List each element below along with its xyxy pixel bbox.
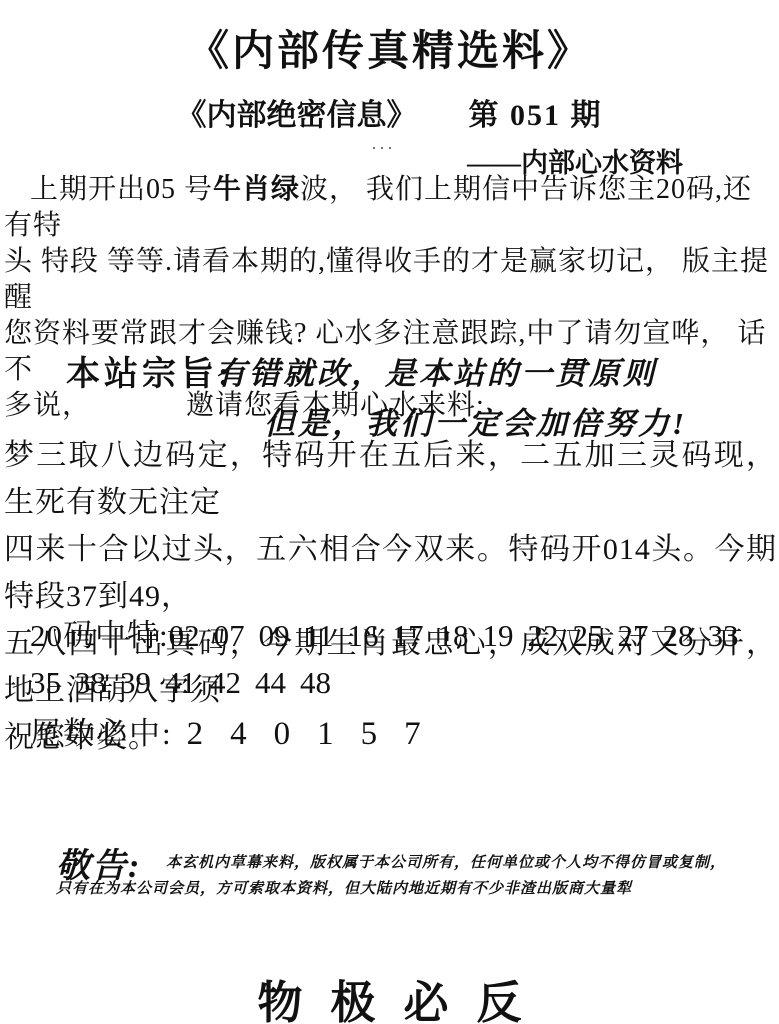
intro-line2: 头 特段 等等.请看本期的,懂得收手的才是赢家切记， 版主提醒 bbox=[4, 246, 769, 313]
pick-number: 28 bbox=[662, 612, 693, 659]
footer-slogan: 物极必反 bbox=[0, 966, 779, 1024]
notice-line2: 只有在为本公司会员，方可索取本资料，但大陆内地近期有不少非渣出版商大量犁 bbox=[56, 877, 769, 898]
tails-label: 尾数必中: bbox=[30, 716, 173, 751]
pick-number: 39 bbox=[120, 659, 151, 706]
verse-line: 四来十合以过头，五六相合今双来。特码开014头。今期特段37到49， bbox=[4, 533, 777, 613]
pick-number: 25 bbox=[572, 612, 603, 659]
motto-line1: 有错就改，是本站的一贯原则 bbox=[215, 348, 657, 393]
pick-number: 18 bbox=[437, 612, 468, 659]
pick-number: 22 bbox=[527, 612, 558, 659]
pick-number: 42 bbox=[210, 659, 241, 706]
pick-number: 41 bbox=[165, 659, 196, 706]
pick-number: 38 bbox=[75, 659, 106, 706]
pick-number: 44 bbox=[255, 659, 286, 706]
pick-number: 17 bbox=[392, 612, 423, 659]
intro-line1-pre: 上期开出05 号 bbox=[4, 174, 213, 205]
tails-block: 尾数必中:240157 bbox=[30, 708, 448, 753]
tail-digit: 5 bbox=[361, 716, 378, 753]
ellipsis-mark: ... bbox=[372, 136, 396, 154]
motto-label: 本站宗旨: bbox=[66, 346, 233, 395]
pick-number: 02 bbox=[169, 612, 200, 659]
tails-digits: 240157 bbox=[187, 716, 448, 751]
pick-number: 09 bbox=[259, 612, 290, 659]
pick-number: 11 bbox=[304, 612, 334, 659]
page-title: 《内部传真精选料》 bbox=[0, 18, 779, 78]
issue-number: 第 051 期 bbox=[469, 90, 603, 134]
tail-digit: 0 bbox=[274, 716, 291, 753]
picks-row2: 35383941424448 bbox=[30, 665, 345, 700]
pick-number: 16 bbox=[347, 612, 378, 659]
notice-line1: 本玄机内草幕来料，版权属于本公司所有，任何单位或个人均不得仿冒或复制， bbox=[166, 851, 769, 872]
pick-number: 35 bbox=[30, 659, 61, 706]
tail-digit: 1 bbox=[317, 716, 334, 753]
pick-number: 19 bbox=[482, 612, 513, 659]
pick-number: 48 bbox=[300, 659, 331, 706]
picks-row1: 02070911161718192225272833 bbox=[169, 618, 753, 653]
intro-line1-bold: 牛肖绿 bbox=[213, 174, 300, 205]
fax-document-page: 《内部传真精选料》 《内部绝密信息》 第 051 期 ... ——内部心水资料 … bbox=[0, 0, 779, 1024]
pick-number: 27 bbox=[617, 612, 648, 659]
tail-digit: 4 bbox=[230, 716, 247, 753]
tail-digit: 7 bbox=[404, 716, 421, 753]
pick-number: 33 bbox=[707, 612, 738, 659]
picks-label: 20码中特: bbox=[30, 618, 169, 653]
pick-number: 07 bbox=[214, 612, 245, 659]
page-subtitle: 《内部绝密信息》 bbox=[177, 90, 417, 134]
subtitle-row: 《内部绝密信息》 第 051 期 bbox=[0, 90, 779, 134]
picks-block: 20码中特:02070911161718192225272833 3538394… bbox=[30, 612, 769, 706]
verse-line: 梦三取八边码定，特码开在五后来，二五加三灵码现，生死有数无注定 bbox=[4, 439, 777, 519]
tail-digit: 2 bbox=[187, 716, 204, 753]
